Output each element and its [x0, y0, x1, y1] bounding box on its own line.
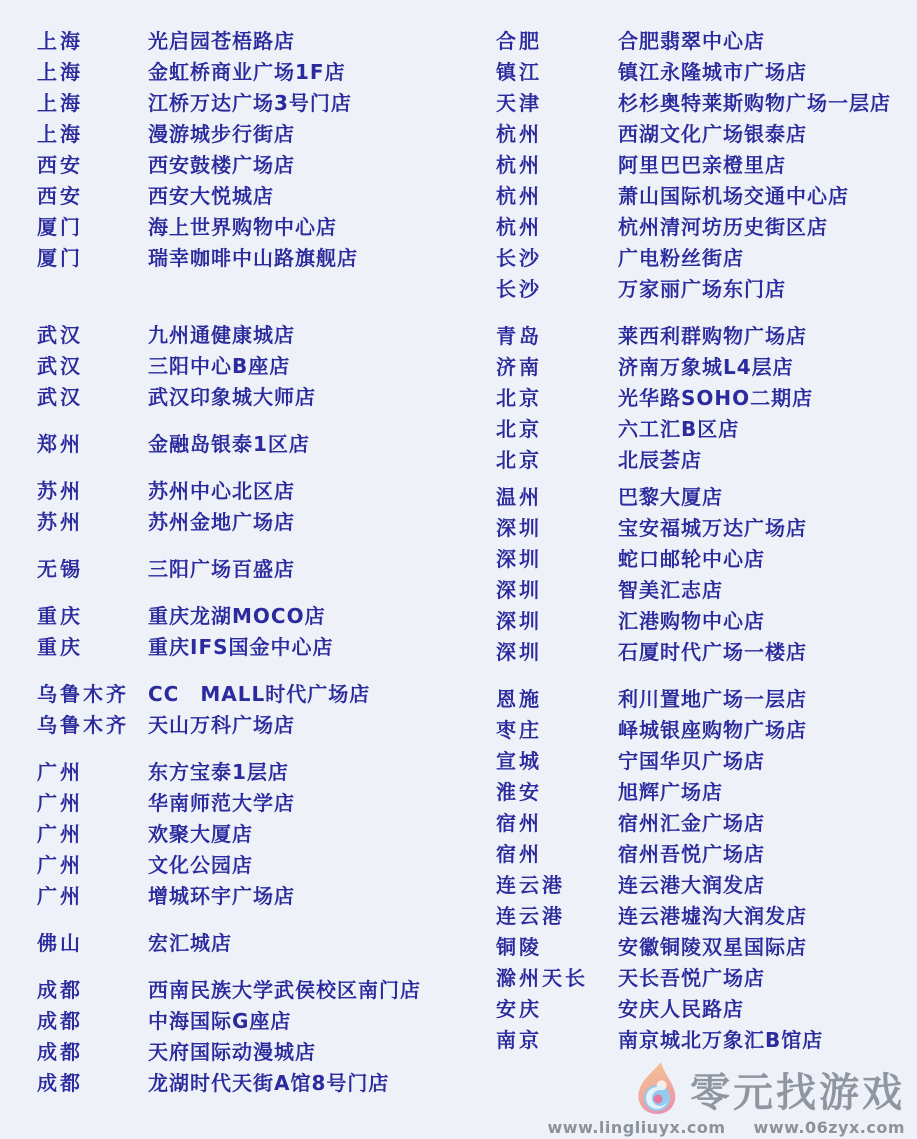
store-name-label: 增城环宇广场店: [148, 881, 295, 912]
list-item: 郑州金融岛银泰1区店: [37, 429, 458, 460]
city-label: 乌鲁木齐: [37, 710, 148, 741]
list-item: 苏州苏州中心北区店: [37, 476, 458, 507]
list-item: 深圳智美汇志店: [496, 575, 916, 606]
store-name-label: 六工汇B区店: [618, 414, 739, 445]
list-item: 北京六工汇B区店: [496, 414, 916, 445]
list-item: 西安西安鼓楼广场店: [37, 150, 458, 181]
list-item: 北京北辰荟店: [496, 445, 916, 476]
store-name-label: 光华路SOHO二期店: [618, 383, 813, 414]
city-label: 上海: [37, 26, 148, 57]
list-item: 枣庄峄城银座购物广场店: [496, 715, 916, 746]
city-label: 安庆: [496, 994, 618, 1025]
store-name-label: 文化公园店: [148, 850, 253, 881]
city-label: 郑州: [37, 429, 148, 460]
store-name-label: 安庆人民路店: [618, 994, 744, 1025]
city-label: 乌鲁木齐: [37, 679, 148, 710]
store-name-label: 峄城银座购物广场店: [618, 715, 807, 746]
city-label: 枣庄: [496, 715, 618, 746]
list-item: 杭州杭州清河坊历史街区店: [496, 212, 916, 243]
list-item: 武汉三阳中心B座店: [37, 351, 458, 382]
city-label: 苏州: [37, 507, 148, 538]
store-group: 上海光启园苍梧路店上海金虹桥商业广场1F店上海江桥万达广场3号门店上海漫游城步行…: [37, 26, 458, 274]
store-name-label: 石厦时代广场一楼店: [618, 637, 807, 668]
store-name-label: 武汉印象城大师店: [148, 382, 316, 413]
list-item: 武汉武汉印象城大师店: [37, 382, 458, 413]
city-label: 广州: [37, 850, 148, 881]
city-label: 宿州: [496, 808, 618, 839]
city-label: 连云港: [496, 901, 618, 932]
list-item: 温州巴黎大厦店: [496, 482, 916, 513]
list-item: 宿州宿州汇金广场店: [496, 808, 916, 839]
store-group: 重庆重庆龙湖MOCO店重庆重庆IFS国金中心店: [37, 601, 458, 663]
city-label: 无锡: [37, 554, 148, 585]
city-label: 佛山: [37, 928, 148, 959]
store-name-label: 宏汇城店: [148, 928, 232, 959]
list-item: 宣城宁国华贝广场店: [496, 746, 916, 777]
city-label: 广州: [37, 881, 148, 912]
store-name-label: 海上世界购物中心店: [148, 212, 337, 243]
city-label: 成都: [37, 1037, 148, 1068]
list-item: 安庆安庆人民路店: [496, 994, 916, 1025]
city-label: 北京: [496, 414, 618, 445]
city-label: 深圳: [496, 575, 618, 606]
city-label: 滁州天长: [496, 963, 618, 994]
list-item: 杭州萧山国际机场交通中心店: [496, 181, 916, 212]
city-label: 淮安: [496, 777, 618, 808]
store-name-label: 苏州中心北区店: [148, 476, 295, 507]
store-name-label: 莱西利群购物广场店: [618, 321, 807, 352]
list-item: 深圳宝安福城万达广场店: [496, 513, 916, 544]
store-name-label: 巴黎大厦店: [618, 482, 723, 513]
store-name-label: 龙湖时代天街A馆8号门店: [148, 1068, 389, 1099]
store-group: 青岛莱西利群购物广场店济南济南万象城L4层店北京光华路SOHO二期店北京六工汇B…: [496, 321, 916, 476]
city-label: 西安: [37, 181, 148, 212]
store-group: 合肥合肥翡翠中心店镇江镇江永隆城市广场店天津杉杉奥特莱斯购物广场一层店杭州西湖文…: [496, 26, 916, 305]
store-name-label: 西安鼓楼广场店: [148, 150, 295, 181]
city-label: 成都: [37, 975, 148, 1006]
store-group: 成都西南民族大学武侯校区南门店成都中海国际G座店成都天府国际动漫城店成都龙湖时代…: [37, 975, 458, 1099]
list-item: 青岛莱西利群购物广场店: [496, 321, 916, 352]
city-label: 深圳: [496, 606, 618, 637]
watermark-url-1: www.lingliuyx.com: [548, 1118, 726, 1137]
store-name-label: 阿里巴巴亲橙里店: [618, 150, 786, 181]
store-name-label: 利川置地广场一层店: [618, 684, 807, 715]
city-label: 重庆: [37, 601, 148, 632]
store-name-label: 南京城北万象汇B馆店: [618, 1025, 823, 1056]
list-item: 西安西安大悦城店: [37, 181, 458, 212]
city-label: 重庆: [37, 632, 148, 663]
list-item: 滁州天长天长吾悦广场店: [496, 963, 916, 994]
list-item: 长沙万家丽广场东门店: [496, 274, 916, 305]
list-item: 重庆重庆龙湖MOCO店: [37, 601, 458, 632]
store-group: 恩施利川置地广场一层店枣庄峄城银座购物广场店宣城宁国华贝广场店淮安旭辉广场店宿州…: [496, 684, 916, 1056]
city-label: 合肥: [496, 26, 618, 57]
store-name-label: 漫游城步行街店: [148, 119, 295, 150]
city-label: 广州: [37, 788, 148, 819]
city-label: 杭州: [496, 212, 618, 243]
list-item: 无锡三阳广场百盛店: [37, 554, 458, 585]
city-label: 深圳: [496, 637, 618, 668]
list-item: 上海金虹桥商业广场1F店: [37, 57, 458, 88]
watermark-urls: www.lingliuyx.com www.06zyx.com: [548, 1118, 906, 1137]
city-label: 北京: [496, 445, 618, 476]
store-name-label: 苏州金地广场店: [148, 507, 295, 538]
city-label: 广州: [37, 757, 148, 788]
watermark: 零元找游戏 www.lingliuyx.com www.06zyx.com: [548, 1061, 906, 1137]
list-item: 南京南京城北万象汇B馆店: [496, 1025, 916, 1056]
city-label: 杭州: [496, 119, 618, 150]
store-list-column-left: 上海光启园苍梧路店上海金虹桥商业广场1F店上海江桥万达广场3号门店上海漫游城步行…: [0, 26, 458, 1115]
list-item: 佛山宏汇城店: [37, 928, 458, 959]
list-item: 杭州西湖文化广场银泰店: [496, 119, 916, 150]
store-group: 武汉九州通健康城店武汉三阳中心B座店武汉武汉印象城大师店: [37, 320, 458, 413]
city-label: 上海: [37, 88, 148, 119]
city-label: 北京: [496, 383, 618, 414]
store-name-label: 天山万科广场店: [148, 710, 295, 741]
store-name-label: 天府国际动漫城店: [148, 1037, 316, 1068]
store-group: 郑州金融岛银泰1区店: [37, 429, 458, 460]
list-item: 天津杉杉奥特莱斯购物广场一层店: [496, 88, 916, 119]
city-label: 铜陵: [496, 932, 618, 963]
store-group: 无锡三阳广场百盛店: [37, 554, 458, 585]
city-label: 镇江: [496, 57, 618, 88]
store-list-column-right: 合肥合肥翡翠中心店镇江镇江永隆城市广场店天津杉杉奥特莱斯购物广场一层店杭州西湖文…: [458, 26, 916, 1115]
list-item: 成都西南民族大学武侯校区南门店: [37, 975, 458, 1006]
city-label: 天津: [496, 88, 618, 119]
list-item: 广州东方宝泰1层店: [37, 757, 458, 788]
store-group: 乌鲁木齐CC MALL时代广场店乌鲁木齐天山万科广场店: [37, 679, 458, 741]
list-item: 恩施利川置地广场一层店: [496, 684, 916, 715]
list-item: 宿州宿州吾悦广场店: [496, 839, 916, 870]
city-label: 宣城: [496, 746, 618, 777]
store-name-label: 宁国华贝广场店: [618, 746, 765, 777]
city-label: 杭州: [496, 181, 618, 212]
store-group: 广州东方宝泰1层店广州华南师范大学店广州欢聚大厦店广州文化公园店广州增城环宇广场…: [37, 757, 458, 912]
city-label: 厦门: [37, 212, 148, 243]
store-name-label: 西南民族大学武侯校区南门店: [148, 975, 421, 1006]
list-item: 广州欢聚大厦店: [37, 819, 458, 850]
store-name-label: 金虹桥商业广场1F店: [148, 57, 346, 88]
store-name-label: 九州通健康城店: [148, 320, 295, 351]
store-name-label: 镇江永隆城市广场店: [618, 57, 807, 88]
store-group: 温州巴黎大厦店深圳宝安福城万达广场店深圳蛇口邮轮中心店深圳智美汇志店深圳汇港购物…: [496, 482, 916, 668]
store-name-label: 三阳中心B座店: [148, 351, 290, 382]
list-item: 长沙广电粉丝街店: [496, 243, 916, 274]
list-item: 深圳蛇口邮轮中心店: [496, 544, 916, 575]
store-group: 佛山宏汇城店: [37, 928, 458, 959]
list-item: 广州增城环宇广场店: [37, 881, 458, 912]
store-name-label: 东方宝泰1层店: [148, 757, 289, 788]
store-name-label: 安徽铜陵双星国际店: [618, 932, 807, 963]
store-name-label: 天长吾悦广场店: [618, 963, 765, 994]
list-item: 苏州苏州金地广场店: [37, 507, 458, 538]
list-item: 铜陵安徽铜陵双星国际店: [496, 932, 916, 963]
city-label: 深圳: [496, 513, 618, 544]
store-name-label: 重庆IFS国金中心店: [148, 632, 334, 663]
list-item: 广州文化公园店: [37, 850, 458, 881]
city-label: 杭州: [496, 150, 618, 181]
city-label: 深圳: [496, 544, 618, 575]
list-item: 杭州阿里巴巴亲橙里店: [496, 150, 916, 181]
city-label: 长沙: [496, 274, 618, 305]
city-label: 西安: [37, 150, 148, 181]
flame-swirl-logo-icon: [634, 1061, 680, 1117]
city-label: 成都: [37, 1068, 148, 1099]
list-item: 济南济南万象城L4层店: [496, 352, 916, 383]
city-label: 厦门: [37, 243, 148, 274]
list-item: 连云港连云港大润发店: [496, 870, 916, 901]
list-item: 武汉九州通健康城店: [37, 320, 458, 351]
list-item: 成都中海国际G座店: [37, 1006, 458, 1037]
store-name-label: 广电粉丝街店: [618, 243, 744, 274]
city-label: 温州: [496, 482, 618, 513]
city-label: 武汉: [37, 320, 148, 351]
store-name-label: 合肥翡翠中心店: [618, 26, 765, 57]
list-item: 深圳石厦时代广场一楼店: [496, 637, 916, 668]
list-item: 深圳汇港购物中心店: [496, 606, 916, 637]
city-label: 广州: [37, 819, 148, 850]
list-item: 连云港连云港墟沟大润发店: [496, 901, 916, 932]
store-name-label: 智美汇志店: [618, 575, 723, 606]
store-name-label: 连云港大润发店: [618, 870, 765, 901]
list-item: 厦门海上世界购物中心店: [37, 212, 458, 243]
city-label: 武汉: [37, 382, 148, 413]
list-item: 北京光华路SOHO二期店: [496, 383, 916, 414]
store-name-label: 宝安福城万达广场店: [618, 513, 807, 544]
store-name-label: 江桥万达广场3号门店: [148, 88, 352, 119]
store-name-label: 欢聚大厦店: [148, 819, 253, 850]
store-name-label: 三阳广场百盛店: [148, 554, 295, 585]
store-name-label: 西湖文化广场银泰店: [618, 119, 807, 150]
list-item: 重庆重庆IFS国金中心店: [37, 632, 458, 663]
store-name-label: 重庆龙湖MOCO店: [148, 601, 326, 632]
list-item: 上海漫游城步行街店: [37, 119, 458, 150]
store-name-label: 光启园苍梧路店: [148, 26, 295, 57]
city-label: 上海: [37, 119, 148, 150]
list-item: 乌鲁木齐CC MALL时代广场店: [37, 679, 458, 710]
store-name-label: 连云港墟沟大润发店: [618, 901, 807, 932]
city-label: 武汉: [37, 351, 148, 382]
store-name-label: 杭州清河坊历史街区店: [618, 212, 828, 243]
store-name-label: 万家丽广场东门店: [618, 274, 786, 305]
city-label: 连云港: [496, 870, 618, 901]
store-name-label: 金融岛银泰1区店: [148, 429, 310, 460]
list-item: 合肥合肥翡翠中心店: [496, 26, 916, 57]
store-name-label: 中海国际G座店: [148, 1006, 291, 1037]
store-name-label: 西安大悦城店: [148, 181, 274, 212]
store-name-label: 北辰荟店: [618, 445, 702, 476]
watermark-brand-text: 零元找游戏: [690, 1069, 905, 1117]
list-item: 广州华南师范大学店: [37, 788, 458, 819]
list-item: 淮安旭辉广场店: [496, 777, 916, 808]
store-name-label: 萧山国际机场交通中心店: [618, 181, 849, 212]
store-name-label: 蛇口邮轮中心店: [618, 544, 765, 575]
list-item: 乌鲁木齐天山万科广场店: [37, 710, 458, 741]
city-label: 南京: [496, 1025, 618, 1056]
city-label: 长沙: [496, 243, 618, 274]
store-name-label: CC MALL时代广场店: [148, 679, 370, 710]
city-label: 成都: [37, 1006, 148, 1037]
city-label: 济南: [496, 352, 618, 383]
city-label: 苏州: [37, 476, 148, 507]
store-name-label: 宿州汇金广场店: [618, 808, 765, 839]
list-item: 镇江镇江永隆城市广场店: [496, 57, 916, 88]
store-name-label: 华南师范大学店: [148, 788, 295, 819]
store-list: 上海光启园苍梧路店上海金虹桥商业广场1F店上海江桥万达广场3号门店上海漫游城步行…: [0, 0, 917, 1115]
city-label: 宿州: [496, 839, 618, 870]
store-name-label: 汇港购物中心店: [618, 606, 765, 637]
store-name-label: 旭辉广场店: [618, 777, 723, 808]
list-item: 上海江桥万达广场3号门店: [37, 88, 458, 119]
list-item: 厦门瑞幸咖啡中山路旗舰店: [37, 243, 458, 274]
city-label: 恩施: [496, 684, 618, 715]
city-label: 上海: [37, 57, 148, 88]
watermark-brand-row: 零元找游戏: [548, 1061, 906, 1117]
store-name-label: 宿州吾悦广场店: [618, 839, 765, 870]
city-label: 青岛: [496, 321, 618, 352]
store-name-label: 济南万象城L4层店: [618, 352, 794, 383]
list-item: 上海光启园苍梧路店: [37, 26, 458, 57]
store-name-label: 瑞幸咖啡中山路旗舰店: [148, 243, 358, 274]
watermark-url-2: www.06zyx.com: [754, 1118, 905, 1137]
store-group: 苏州苏州中心北区店苏州苏州金地广场店: [37, 476, 458, 538]
store-name-label: 杉杉奥特莱斯购物广场一层店: [618, 88, 891, 119]
list-item: 成都天府国际动漫城店: [37, 1037, 458, 1068]
list-item: 成都龙湖时代天街A馆8号门店: [37, 1068, 458, 1099]
